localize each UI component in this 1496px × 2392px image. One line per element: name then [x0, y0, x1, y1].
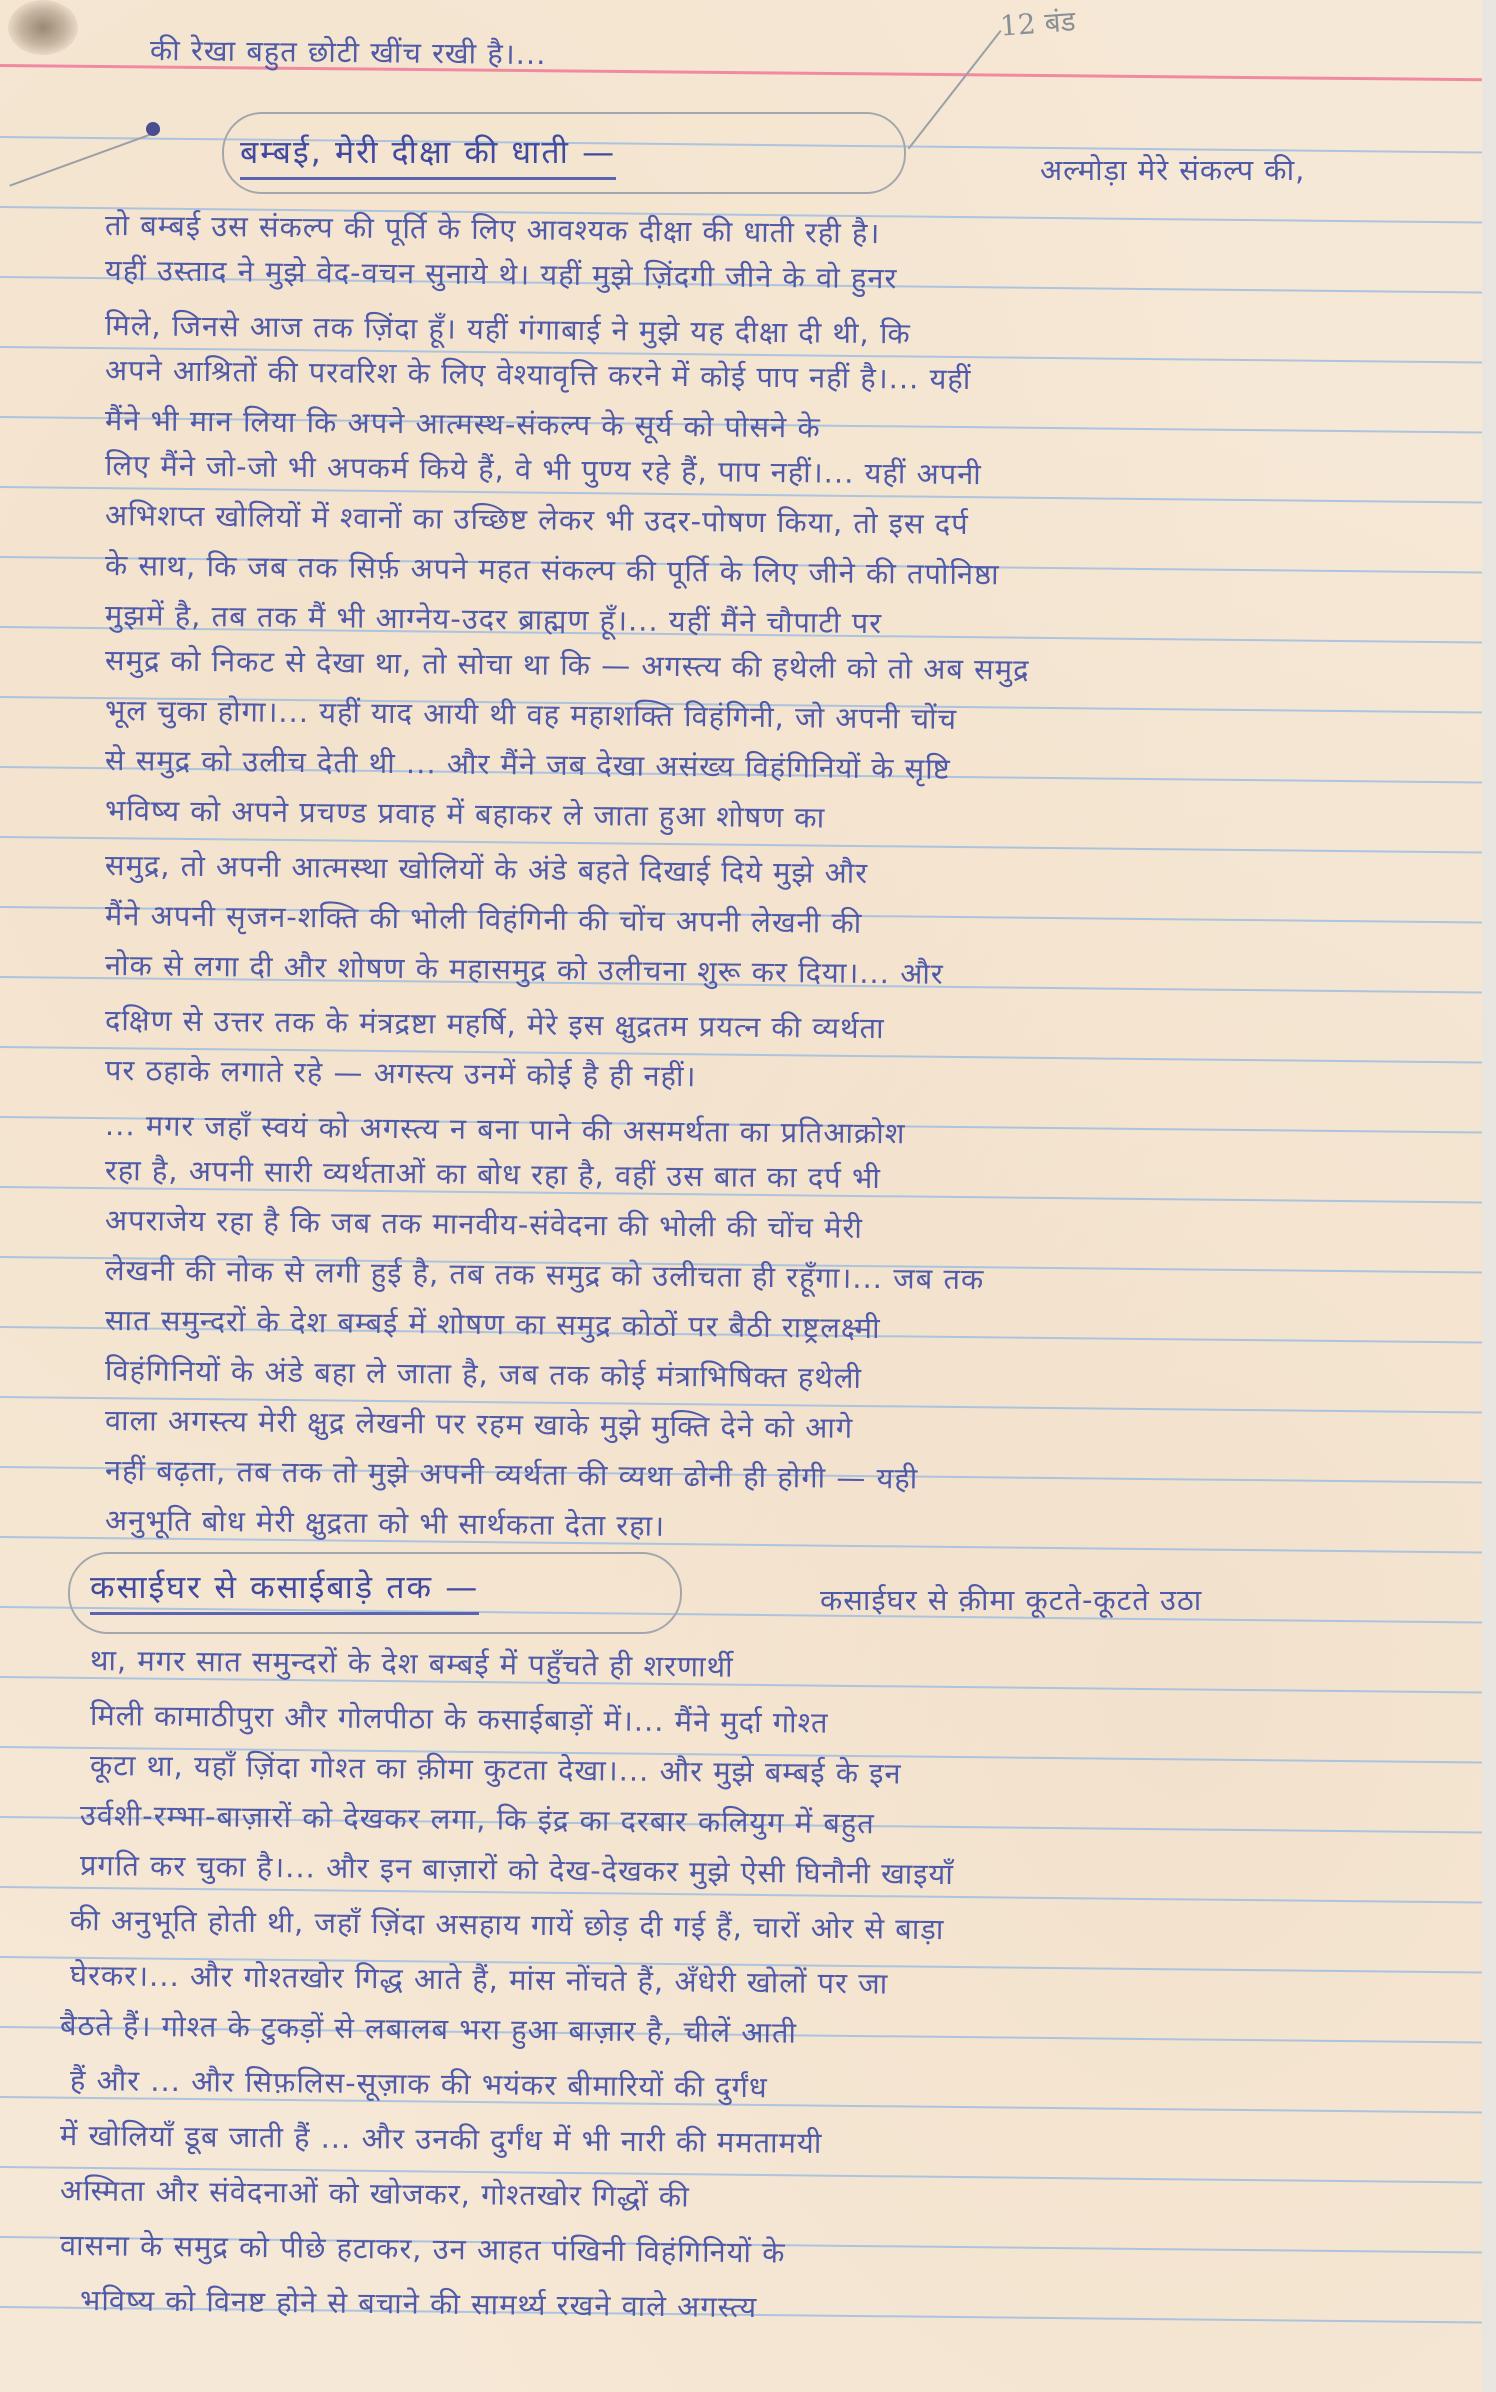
ink-smudge-stain [8, 0, 78, 55]
text-line: नहीं बढ़ता, तब तक तो मुझे अपनी व्यर्थता … [105, 1450, 1452, 1503]
text-line: अभिशप्त खोलियों में श्वानों का उच्छिष्ट … [105, 495, 1452, 548]
section-heading-bombay: बम्बई, मेरी दीक्षा की धाती — [240, 130, 616, 180]
text-line: में खोलियाँ डूब जाती हैं ... और उनकी दुर… [60, 2115, 1452, 2169]
text-line: मुझमें है, तब तक मैं भी आग्नेय-उदर ब्राह… [105, 595, 1452, 648]
text-line: सात समुन्दरों के देश बम्बई में शोषण का स… [105, 1300, 1452, 1353]
text-line: के साथ, कि जब तक सिर्फ़ अपने महत संकल्प … [105, 545, 1452, 598]
text-line: मैंने भी मान लिया कि अपने आत्मस्थ-संकल्प… [105, 400, 1452, 453]
heading-continuation: कसाईघर से क़ीमा कूटते-कूटते उठा [820, 1580, 1202, 1619]
text-line: वासना के समुद्र को पीछे हटाकर, उन आहत पं… [60, 2225, 1452, 2279]
section-heading-slaughterhouse: कसाईघर से कसाईबाड़े तक — [90, 1565, 479, 1615]
text-line: समुद्र को निकट से देखा था, तो सोचा था कि… [105, 640, 1452, 693]
text-line: तो बम्बई उस संकल्प की पूर्ति के लिए आवश्… [105, 205, 1452, 258]
text-line: उर्वशी-रम्भा-बाज़ारों को देखकर लगा, कि इ… [80, 1795, 1452, 1848]
text-line: मिली कामाठीपुरा और गोलपीठा के कसाईबाड़ों… [90, 1695, 1452, 1748]
ink-bullet-dot [146, 122, 160, 136]
text-line: ... मगर जहाँ स्वयं को अगस्त्य न बना पाने… [105, 1105, 1452, 1158]
text-line: अपने आश्रितों की परवरिश के लिए वेश्यावृत… [105, 350, 1452, 403]
text-line: घेरकर।... और गोश्तखोर गिद्ध आते हैं, मां… [70, 1955, 1452, 2008]
text-line: था, मगर सात समुन्दरों के देश बम्बई में प… [90, 1640, 1452, 1693]
text-line: भूल चुका होगा।... यहीं याद आयी थी वह महा… [105, 690, 1452, 743]
manuscript-page: 12 बंड की रेखा बहुत छोटी खींच रखी है।...… [0, 0, 1482, 2392]
text-line: लेखनी की नोक से लगी हुई है, तब तक समुद्र… [105, 1250, 1452, 1303]
text-line: यहीं उस्ताद ने मुझे वेद-वचन सुनाये थे। य… [105, 250, 1452, 303]
text-line: हैं और ... और सिफ़लिस-सूज़ाक की भयंकर बी… [70, 2060, 1452, 2113]
pencil-leader-line-left [9, 130, 160, 187]
text-line: बैठते हैं। गोश्त के टुकड़ों से लबालब भरा… [60, 2005, 1452, 2059]
text-line: अनुभूति बोध मेरी क्षुद्रता को भी सार्थकत… [105, 1500, 1452, 1553]
text-line: अपराजेय रहा है कि जब तक मानवीय-संवेदना क… [105, 1200, 1452, 1253]
text-line: नोक से लगा दी और शोषण के महासमुद्र को उल… [105, 945, 1452, 998]
text-line: भविष्य को विनष्ट होने से बचाने की सामर्थ… [80, 2280, 1452, 2333]
text-line: विहंगिनियों के अंडे बहा ले जाता है, जब त… [105, 1350, 1452, 1403]
text-line: मैंने अपनी सृजन-शक्ति की भोली विहंगिनी क… [105, 895, 1452, 948]
text-line: की अनुभूति होती थी, जहाँ ज़िंदा असहाय गा… [70, 1900, 1452, 1953]
text-line: भविष्य को अपने प्रचण्ड प्रवाह में बहाकर … [105, 790, 1452, 843]
text-line: रहा है, अपनी सारी व्यर्थताओं का बोध रहा … [105, 1150, 1452, 1203]
opening-line: की रेखा बहुत छोटी खींच रखी है।... [150, 30, 1452, 83]
text-line: वाला अगस्त्य मेरी क्षुद्र लेखनी पर रहम ख… [105, 1400, 1452, 1453]
text-line: पर ठहाके लगाते रहे — अगस्त्य उनमें कोई ह… [105, 1050, 1452, 1103]
text-line: दक्षिण से उत्तर तक के मंत्रद्रष्टा महर्ष… [105, 1000, 1452, 1053]
text-line: से समुद्र को उलीच देती थी ... और मैंने ज… [105, 740, 1452, 793]
text-line: कूटा था, यहाँ ज़िंदा गोश्त का क़ीमा कुटत… [90, 1745, 1452, 1798]
heading-continuation: अल्मोड़ा मेरे संकल्प की, [1040, 150, 1305, 189]
text-line: समुद्र, तो अपनी आत्मस्था खोलियों के अंडे… [105, 845, 1452, 898]
